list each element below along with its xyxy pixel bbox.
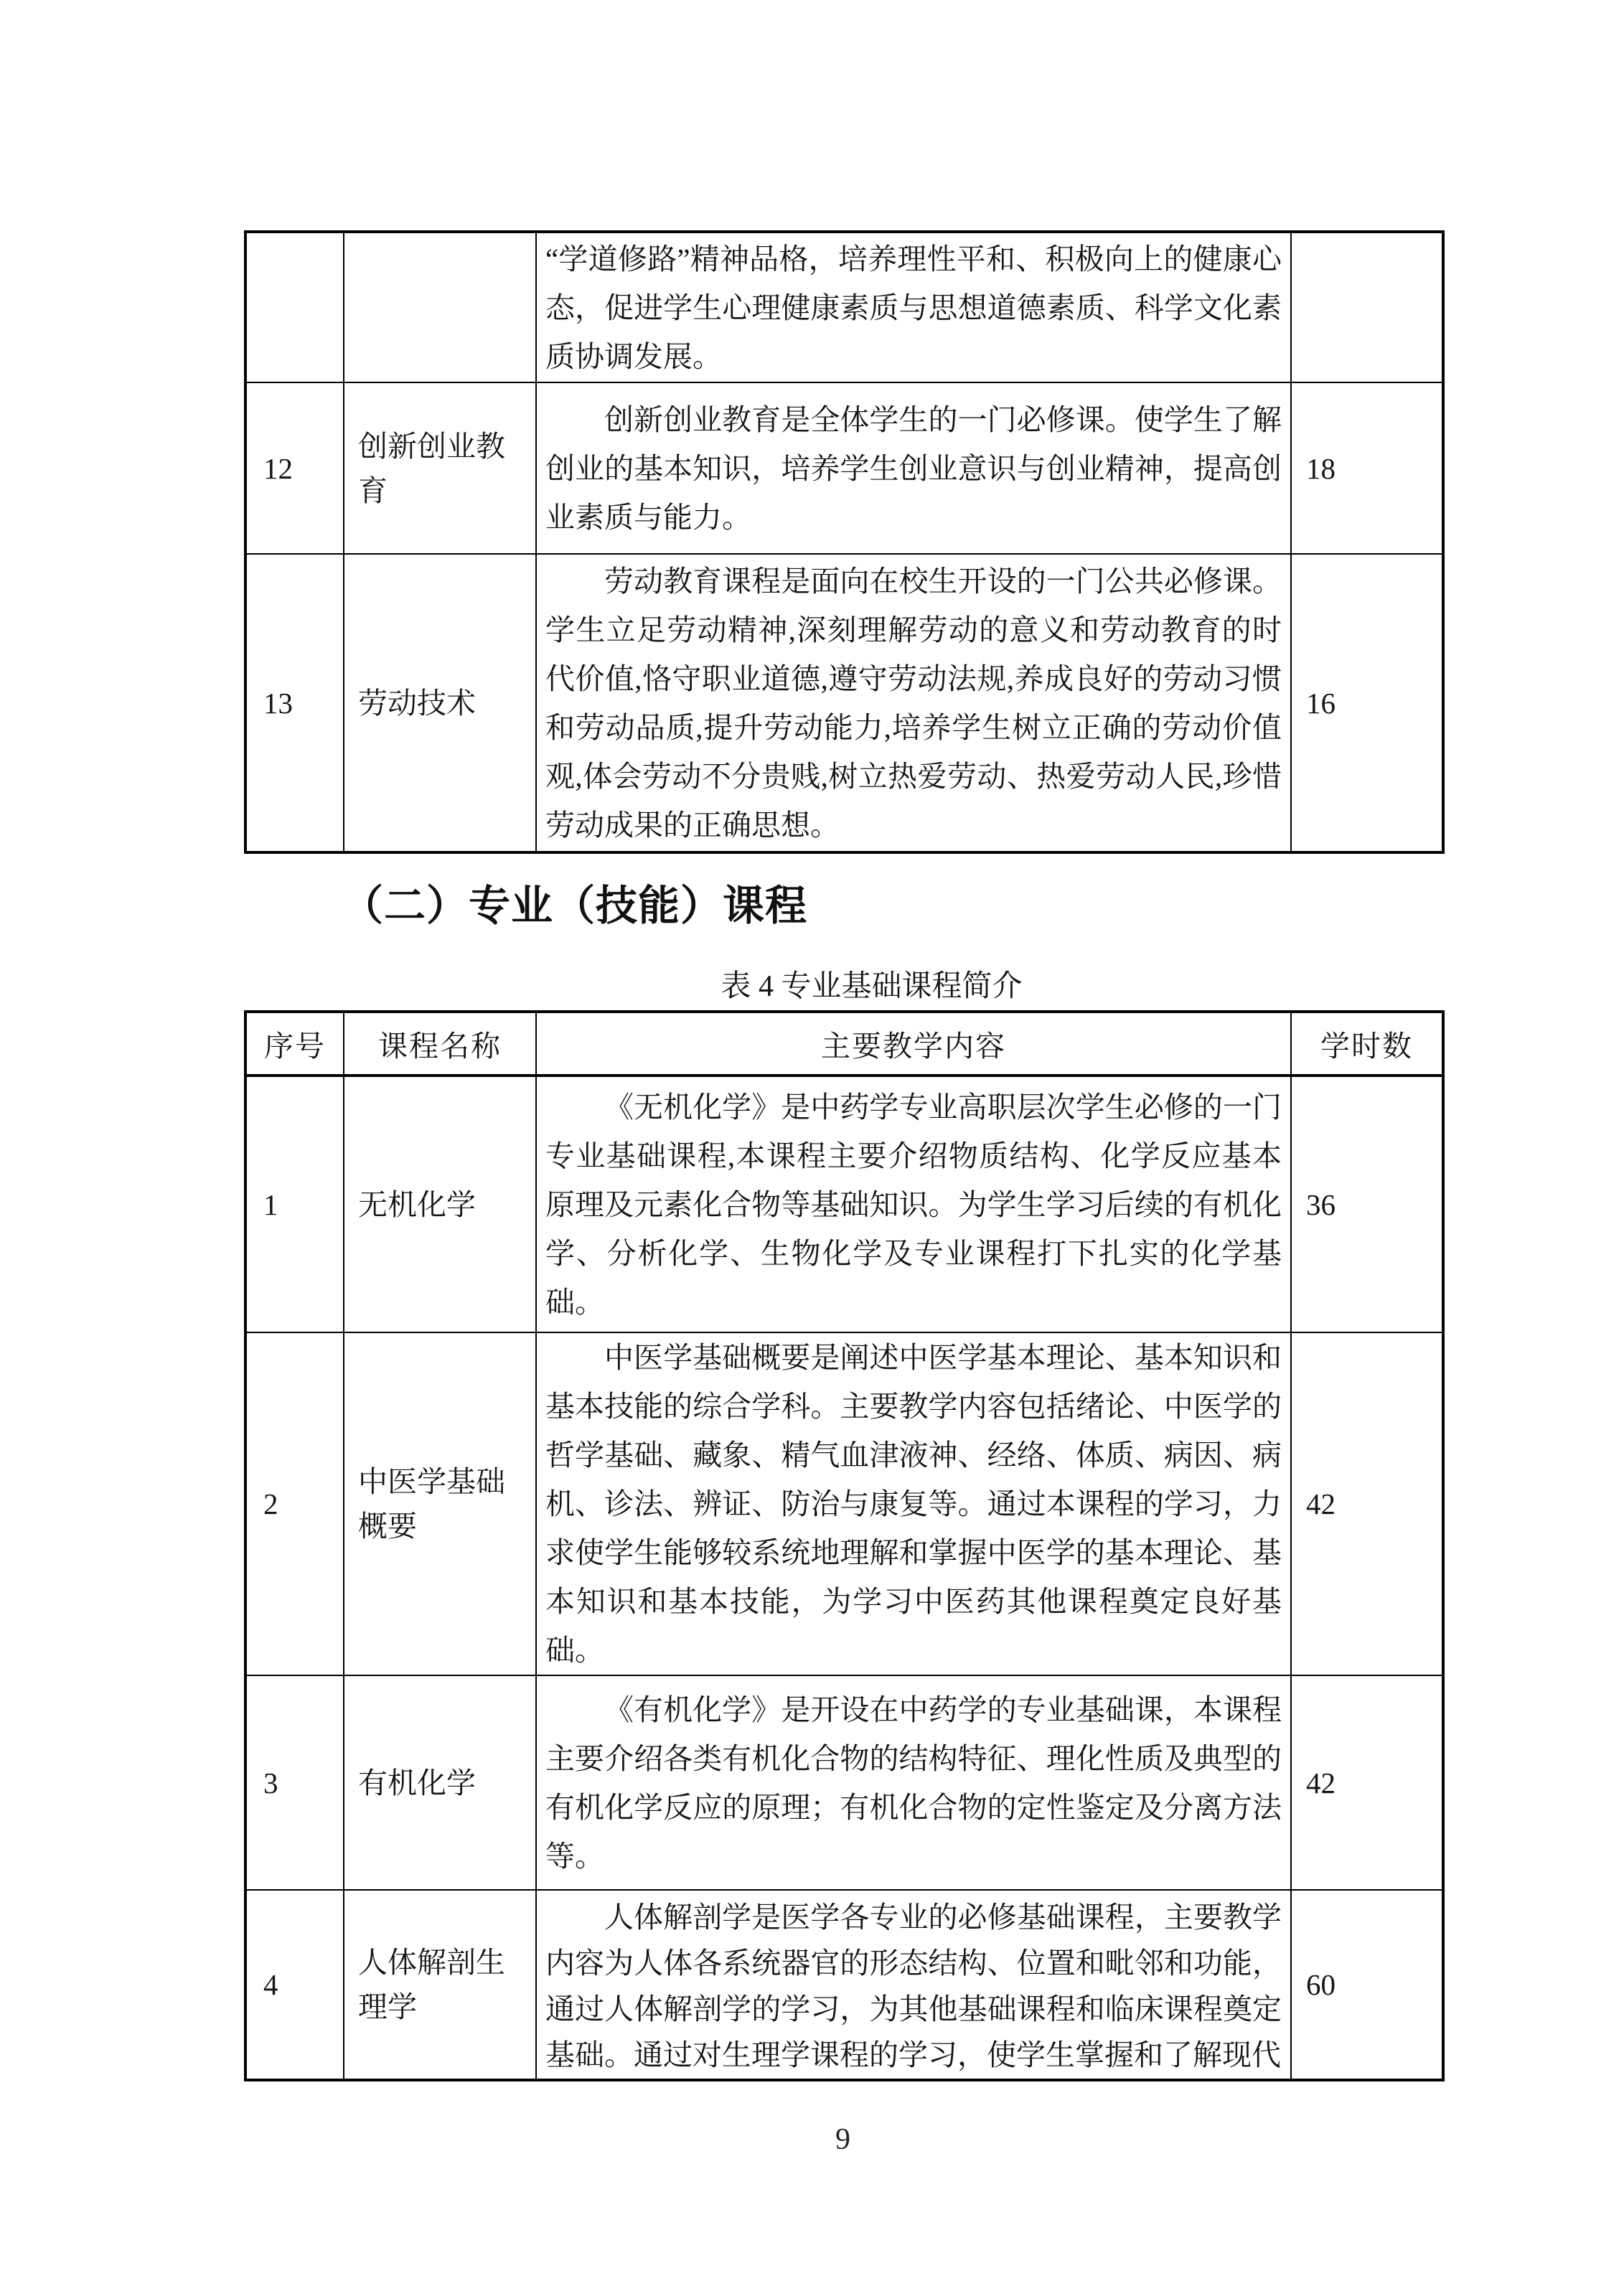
row-no-cell: 4 <box>245 1890 344 2080</box>
teaching-content-cell: 《有机化学》是开设在中药学的专业基础课，本课程主要介绍各类有机化合物的结构特征、… <box>536 1675 1291 1890</box>
row-no-cell: 13 <box>245 554 344 852</box>
course-name-cell <box>344 232 536 382</box>
header-name-cell: 课程名称 <box>344 1012 536 1076</box>
course-name-cell: 有机化学 <box>344 1675 536 1890</box>
public-course-table-continued: “学道修路”精神品格，培养理性平和、积极向上的健康心态，促进学生心理健康素质与思… <box>244 230 1445 854</box>
section-heading: （二）专业（技能）课程 <box>342 872 807 932</box>
content-paragraph: 中医学基础概要是阐述中医学基本理论、基本知识和基本技能的综合学科。主要教学内容包… <box>545 1333 1282 1675</box>
header-no-cell: 序号 <box>245 1012 344 1076</box>
content-paragraph: 《有机化学》是开设在中药学的专业基础课，本课程主要介绍各类有机化合物的结构特征、… <box>545 1685 1282 1881</box>
header-content-cell: 主要教学内容 <box>536 1012 1291 1076</box>
course-name-cell: 劳动技术 <box>344 554 536 852</box>
hours-cell: 60 <box>1291 1890 1443 2080</box>
content-paragraph: 人体解剖学是医学各专业的必修基础课程，主要教学内容为人体各系统器官的形态结构、位… <box>545 1894 1282 2078</box>
document-page: “学道修路”精神品格，培养理性平和、积极向上的健康心态，促进学生心理健康素质与思… <box>0 0 1624 2296</box>
page-number: 9 <box>244 2122 1442 2157</box>
table-header-row: 序号 课程名称 主要教学内容 学时数 <box>245 1012 1443 1076</box>
table-row: 4 人体解剖生理学 人体解剖学是医学各专业的必修基础课程，主要教学内容为人体各系… <box>245 1890 1443 2080</box>
row-no-cell: 12 <box>245 382 344 554</box>
course-name-cell: 中医学基础概要 <box>344 1332 536 1675</box>
hours-cell: 18 <box>1291 382 1443 554</box>
row-no-cell: 2 <box>245 1332 344 1675</box>
header-hours-cell: 学时数 <box>1291 1012 1443 1076</box>
teaching-content-cell: 《无机化学》是中药学专业高职层次学生必修的一门专业基础课程,本课程主要介绍物质结… <box>536 1076 1291 1332</box>
course-name-cell: 无机化学 <box>344 1076 536 1332</box>
row-no-cell: 3 <box>245 1675 344 1890</box>
hours-cell: 42 <box>1291 1332 1443 1675</box>
course-name-cell: 创新创业教育 <box>344 382 536 554</box>
table-row: “学道修路”精神品格，培养理性平和、积极向上的健康心态，促进学生心理健康素质与思… <box>245 232 1443 382</box>
teaching-content-cell: 人体解剖学是医学各专业的必修基础课程，主要教学内容为人体各系统器官的形态结构、位… <box>536 1890 1291 2080</box>
content-paragraph: “学道修路”精神品格，培养理性平和、积极向上的健康心态，促进学生心理健康素质与思… <box>545 235 1282 381</box>
hours-cell: 16 <box>1291 554 1443 852</box>
table-row: 13 劳动技术 劳动教育课程是面向在校生开设的一门公共必修课。学生立足劳动精神,… <box>245 554 1443 852</box>
teaching-content-cell: 创新创业教育是全体学生的一门必修课。使学生了解创业的基本知识，培养学生创业意识与… <box>536 382 1291 554</box>
content-paragraph: 创新创业教育是全体学生的一门必修课。使学生了解创业的基本知识，培养学生创业意识与… <box>545 395 1282 542</box>
content-paragraph: 《无机化学》是中药学专业高职层次学生必修的一门专业基础课程,本课程主要介绍物质结… <box>545 1083 1282 1327</box>
table-row: 2 中医学基础概要 中医学基础概要是阐述中医学基本理论、基本知识和基本技能的综合… <box>245 1332 1443 1675</box>
teaching-content-cell: 劳动教育课程是面向在校生开设的一门公共必修课。学生立足劳动精神,深刻理解劳动的意… <box>536 554 1291 852</box>
hours-cell <box>1291 232 1443 382</box>
table-row: 1 无机化学 《无机化学》是中药学专业高职层次学生必修的一门专业基础课程,本课程… <box>245 1076 1443 1332</box>
table-row: 12 创新创业教育 创新创业教育是全体学生的一门必修课。使学生了解创业的基本知识… <box>245 382 1443 554</box>
row-no-cell: 1 <box>245 1076 344 1332</box>
course-name-cell: 人体解剖生理学 <box>344 1890 536 2080</box>
teaching-content-cell: “学道修路”精神品格，培养理性平和、积极向上的健康心态，促进学生心理健康素质与思… <box>536 232 1291 382</box>
table-row: 3 有机化学 《有机化学》是开设在中药学的专业基础课，本课程主要介绍各类有机化合… <box>245 1675 1443 1890</box>
table4-caption: 表 4 专业基础课程简介 <box>244 962 1442 1005</box>
teaching-content-cell: 中医学基础概要是阐述中医学基本理论、基本知识和基本技能的综合学科。主要教学内容包… <box>536 1332 1291 1675</box>
row-no-cell <box>245 232 344 382</box>
hours-cell: 42 <box>1291 1675 1443 1890</box>
hours-cell: 36 <box>1291 1076 1443 1332</box>
professional-basic-course-table: 序号 课程名称 主要教学内容 学时数 1 无机化学 《无机化学》是中药学专业高职… <box>244 1010 1445 2081</box>
content-paragraph: 劳动教育课程是面向在校生开设的一门公共必修课。学生立足劳动精神,深刻理解劳动的意… <box>545 557 1282 850</box>
